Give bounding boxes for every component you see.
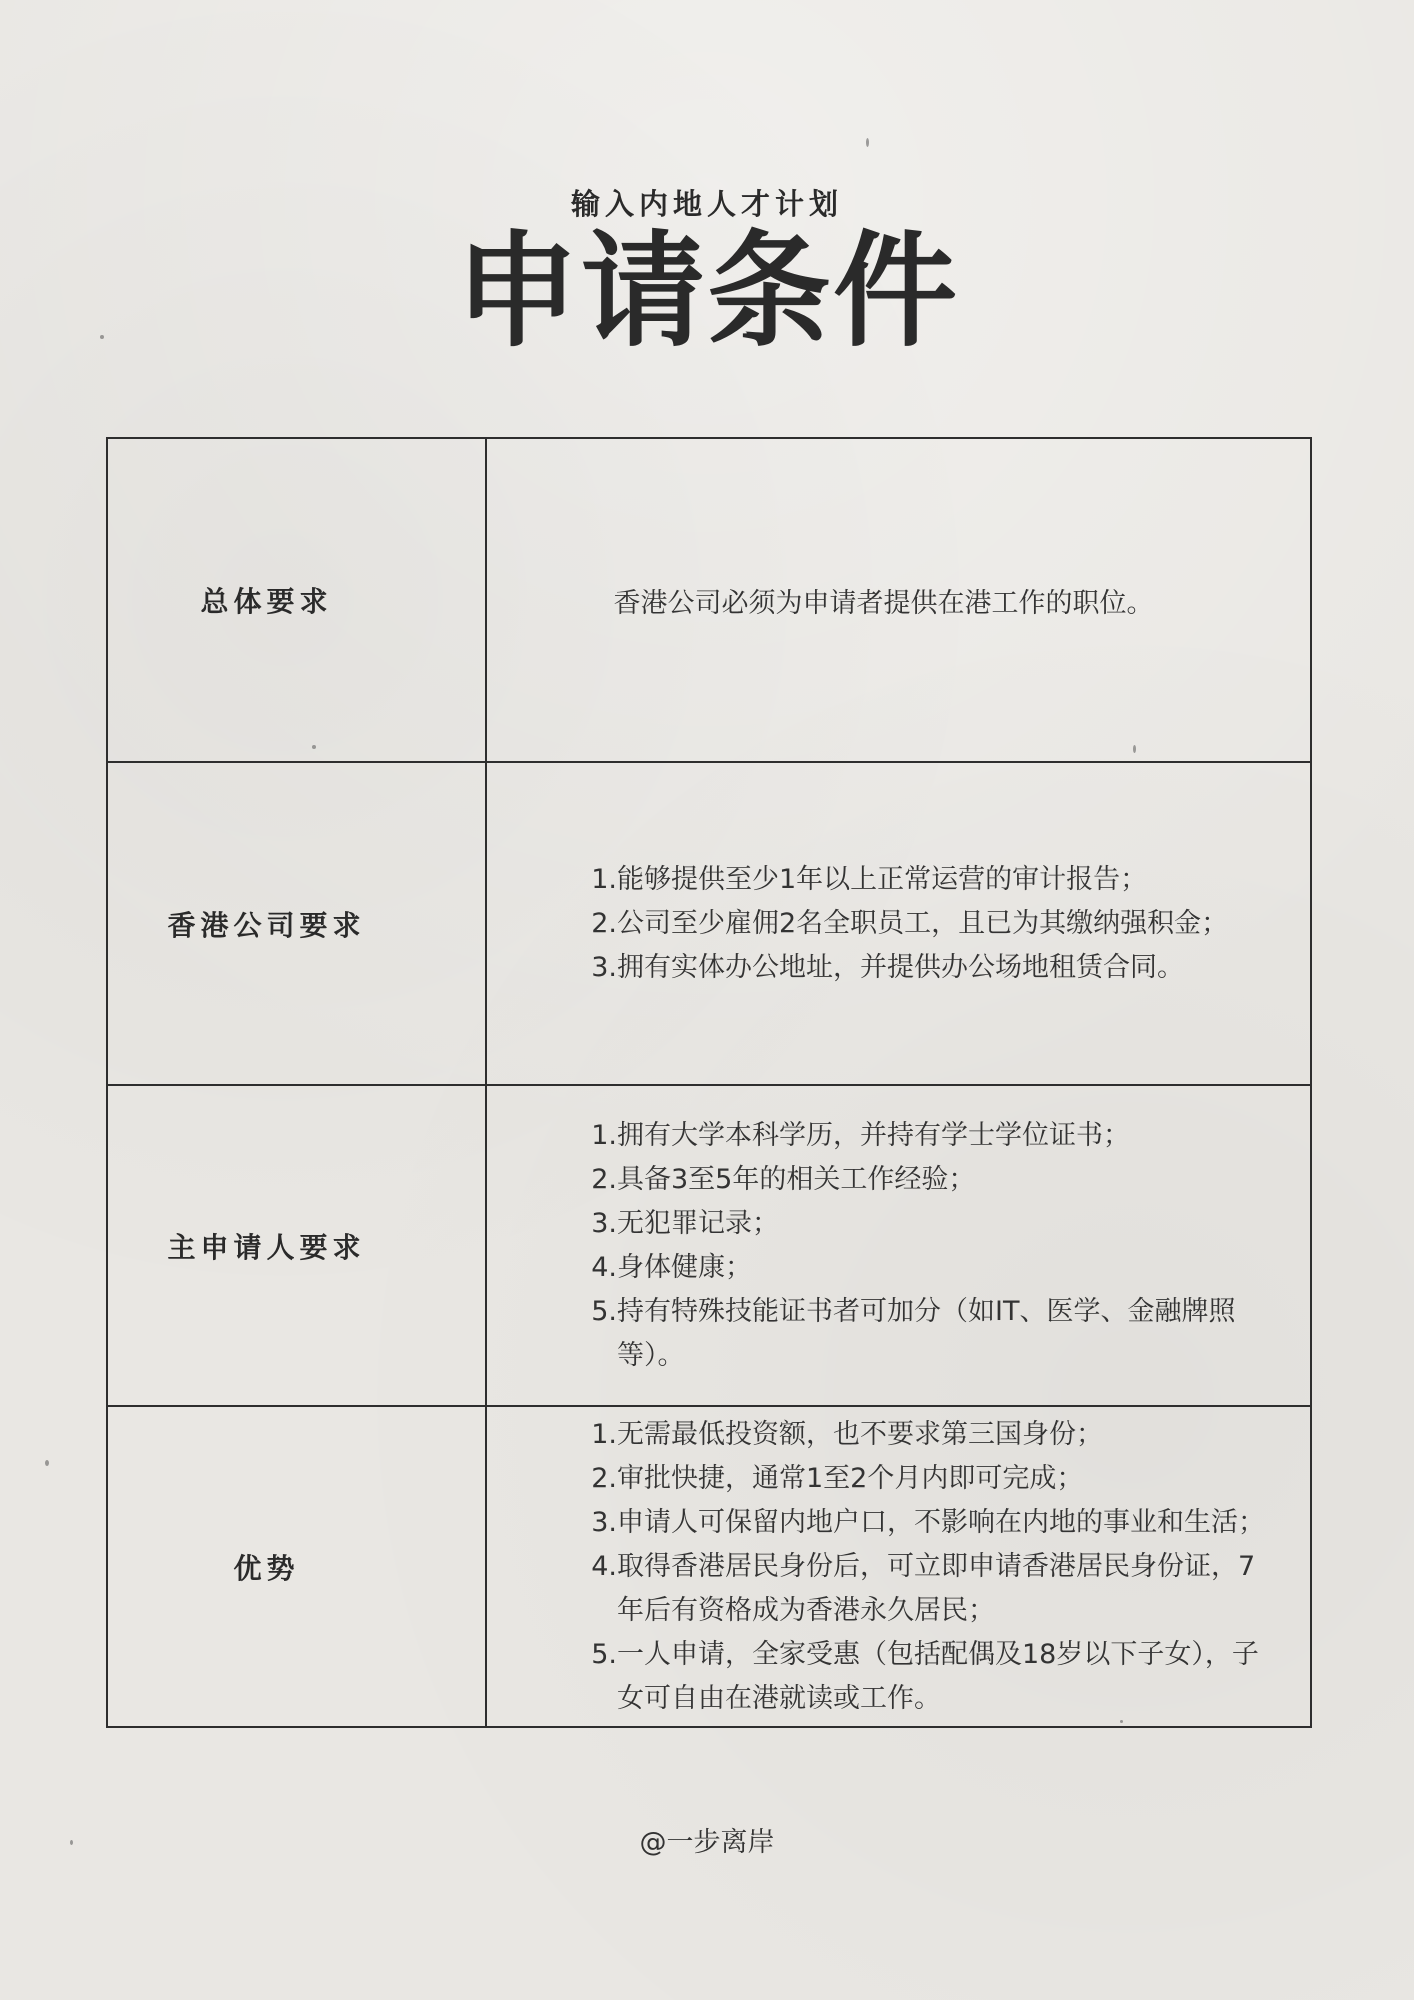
- page-title: 申请条件: [0, 222, 1414, 362]
- paper-speck: [866, 138, 869, 147]
- list-item: 1.拥有大学本科学历，并持有学士学位证书；: [587, 1114, 1280, 1158]
- table-row-general: 总体要求 香港公司必须为申请者提供在港工作的职位。: [107, 438, 1311, 762]
- list-item: 4.身体健康；: [587, 1246, 1280, 1290]
- row-label: 主申请人要求: [167, 1226, 365, 1266]
- row-label-cell: 优势: [107, 1406, 486, 1727]
- company-requirements-list: 1.能够提供至少1年以上正常运营的审计报告； 2.公司至少雇佣2名全职员工，且已…: [587, 858, 1280, 990]
- row-content-cell: 1.无需最低投资额，也不要求第三国身份； 2.审批快捷，通常1至2个月内即可完成…: [486, 1406, 1311, 1727]
- row-label: 香港公司要求: [167, 904, 365, 944]
- list-item: 2.公司至少雇佣2名全职员工，且已为其缴纳强积金；: [587, 902, 1280, 946]
- advantages-list: 1.无需最低投资额，也不要求第三国身份； 2.审批快捷，通常1至2个月内即可完成…: [587, 1413, 1280, 1721]
- table-row-applicant: 主申请人要求 1.拥有大学本科学历，并持有学士学位证书； 2.具备3至5年的相关…: [107, 1085, 1311, 1406]
- row-content-cell: 1.拥有大学本科学历，并持有学士学位证书； 2.具备3至5年的相关工作经验； 3…: [486, 1085, 1311, 1406]
- author-handle: @一步离岸: [0, 1820, 1414, 1859]
- paper-speck: [45, 1460, 49, 1466]
- list-item: 3.无犯罪记录；: [587, 1202, 1280, 1246]
- list-item: 2.具备3至5年的相关工作经验；: [587, 1158, 1280, 1202]
- table-row-company: 香港公司要求 1.能够提供至少1年以上正常运营的审计报告； 2.公司至少雇佣2名…: [107, 762, 1311, 1085]
- page-subtitle: 输入内地人才计划: [0, 182, 1414, 223]
- list-item: 3.拥有实体办公地址，并提供办公场地租赁合同。: [587, 946, 1280, 990]
- table-row-advantages: 优势 1.无需最低投资额，也不要求第三国身份； 2.审批快捷，通常1至2个月内即…: [107, 1406, 1311, 1727]
- row-content-cell: 1.能够提供至少1年以上正常运营的审计报告； 2.公司至少雇佣2名全职员工，且已…: [486, 762, 1311, 1085]
- row-label-cell: 香港公司要求: [107, 762, 486, 1085]
- list-item: 4.取得香港居民身份后，可立即申请香港居民身份证，7年后有资格成为香港永久居民；: [587, 1545, 1280, 1633]
- requirements-table: 总体要求 香港公司必须为申请者提供在港工作的职位。 香港公司要求 1.能够提供至…: [106, 437, 1312, 1728]
- list-item: 1.能够提供至少1年以上正常运营的审计报告；: [587, 858, 1280, 902]
- list-item: 5.持有特殊技能证书者可加分（如IT、医学、金融牌照等）。: [587, 1290, 1280, 1378]
- list-item: 2.审批快捷，通常1至2个月内即可完成；: [587, 1457, 1280, 1501]
- general-requirement-text: 香港公司必须为申请者提供在港工作的职位。: [357, 581, 1310, 620]
- row-label: 优势: [233, 1547, 299, 1587]
- row-label-cell: 主申请人要求: [107, 1085, 486, 1406]
- applicant-requirements-list: 1.拥有大学本科学历，并持有学士学位证书； 2.具备3至5年的相关工作经验； 3…: [587, 1114, 1280, 1378]
- list-item: 1.无需最低投资额，也不要求第三国身份；: [587, 1413, 1280, 1457]
- list-item: 3.申请人可保留内地户口，不影响在内地的事业和生活；: [587, 1501, 1280, 1545]
- list-item: 5.一人申请，全家受惠（包括配偶及18岁以下子女），子女可自由在港就读或工作。: [587, 1633, 1280, 1721]
- row-content-cell: 香港公司必须为申请者提供在港工作的职位。: [486, 438, 1311, 762]
- row-label: 总体要求: [200, 580, 332, 620]
